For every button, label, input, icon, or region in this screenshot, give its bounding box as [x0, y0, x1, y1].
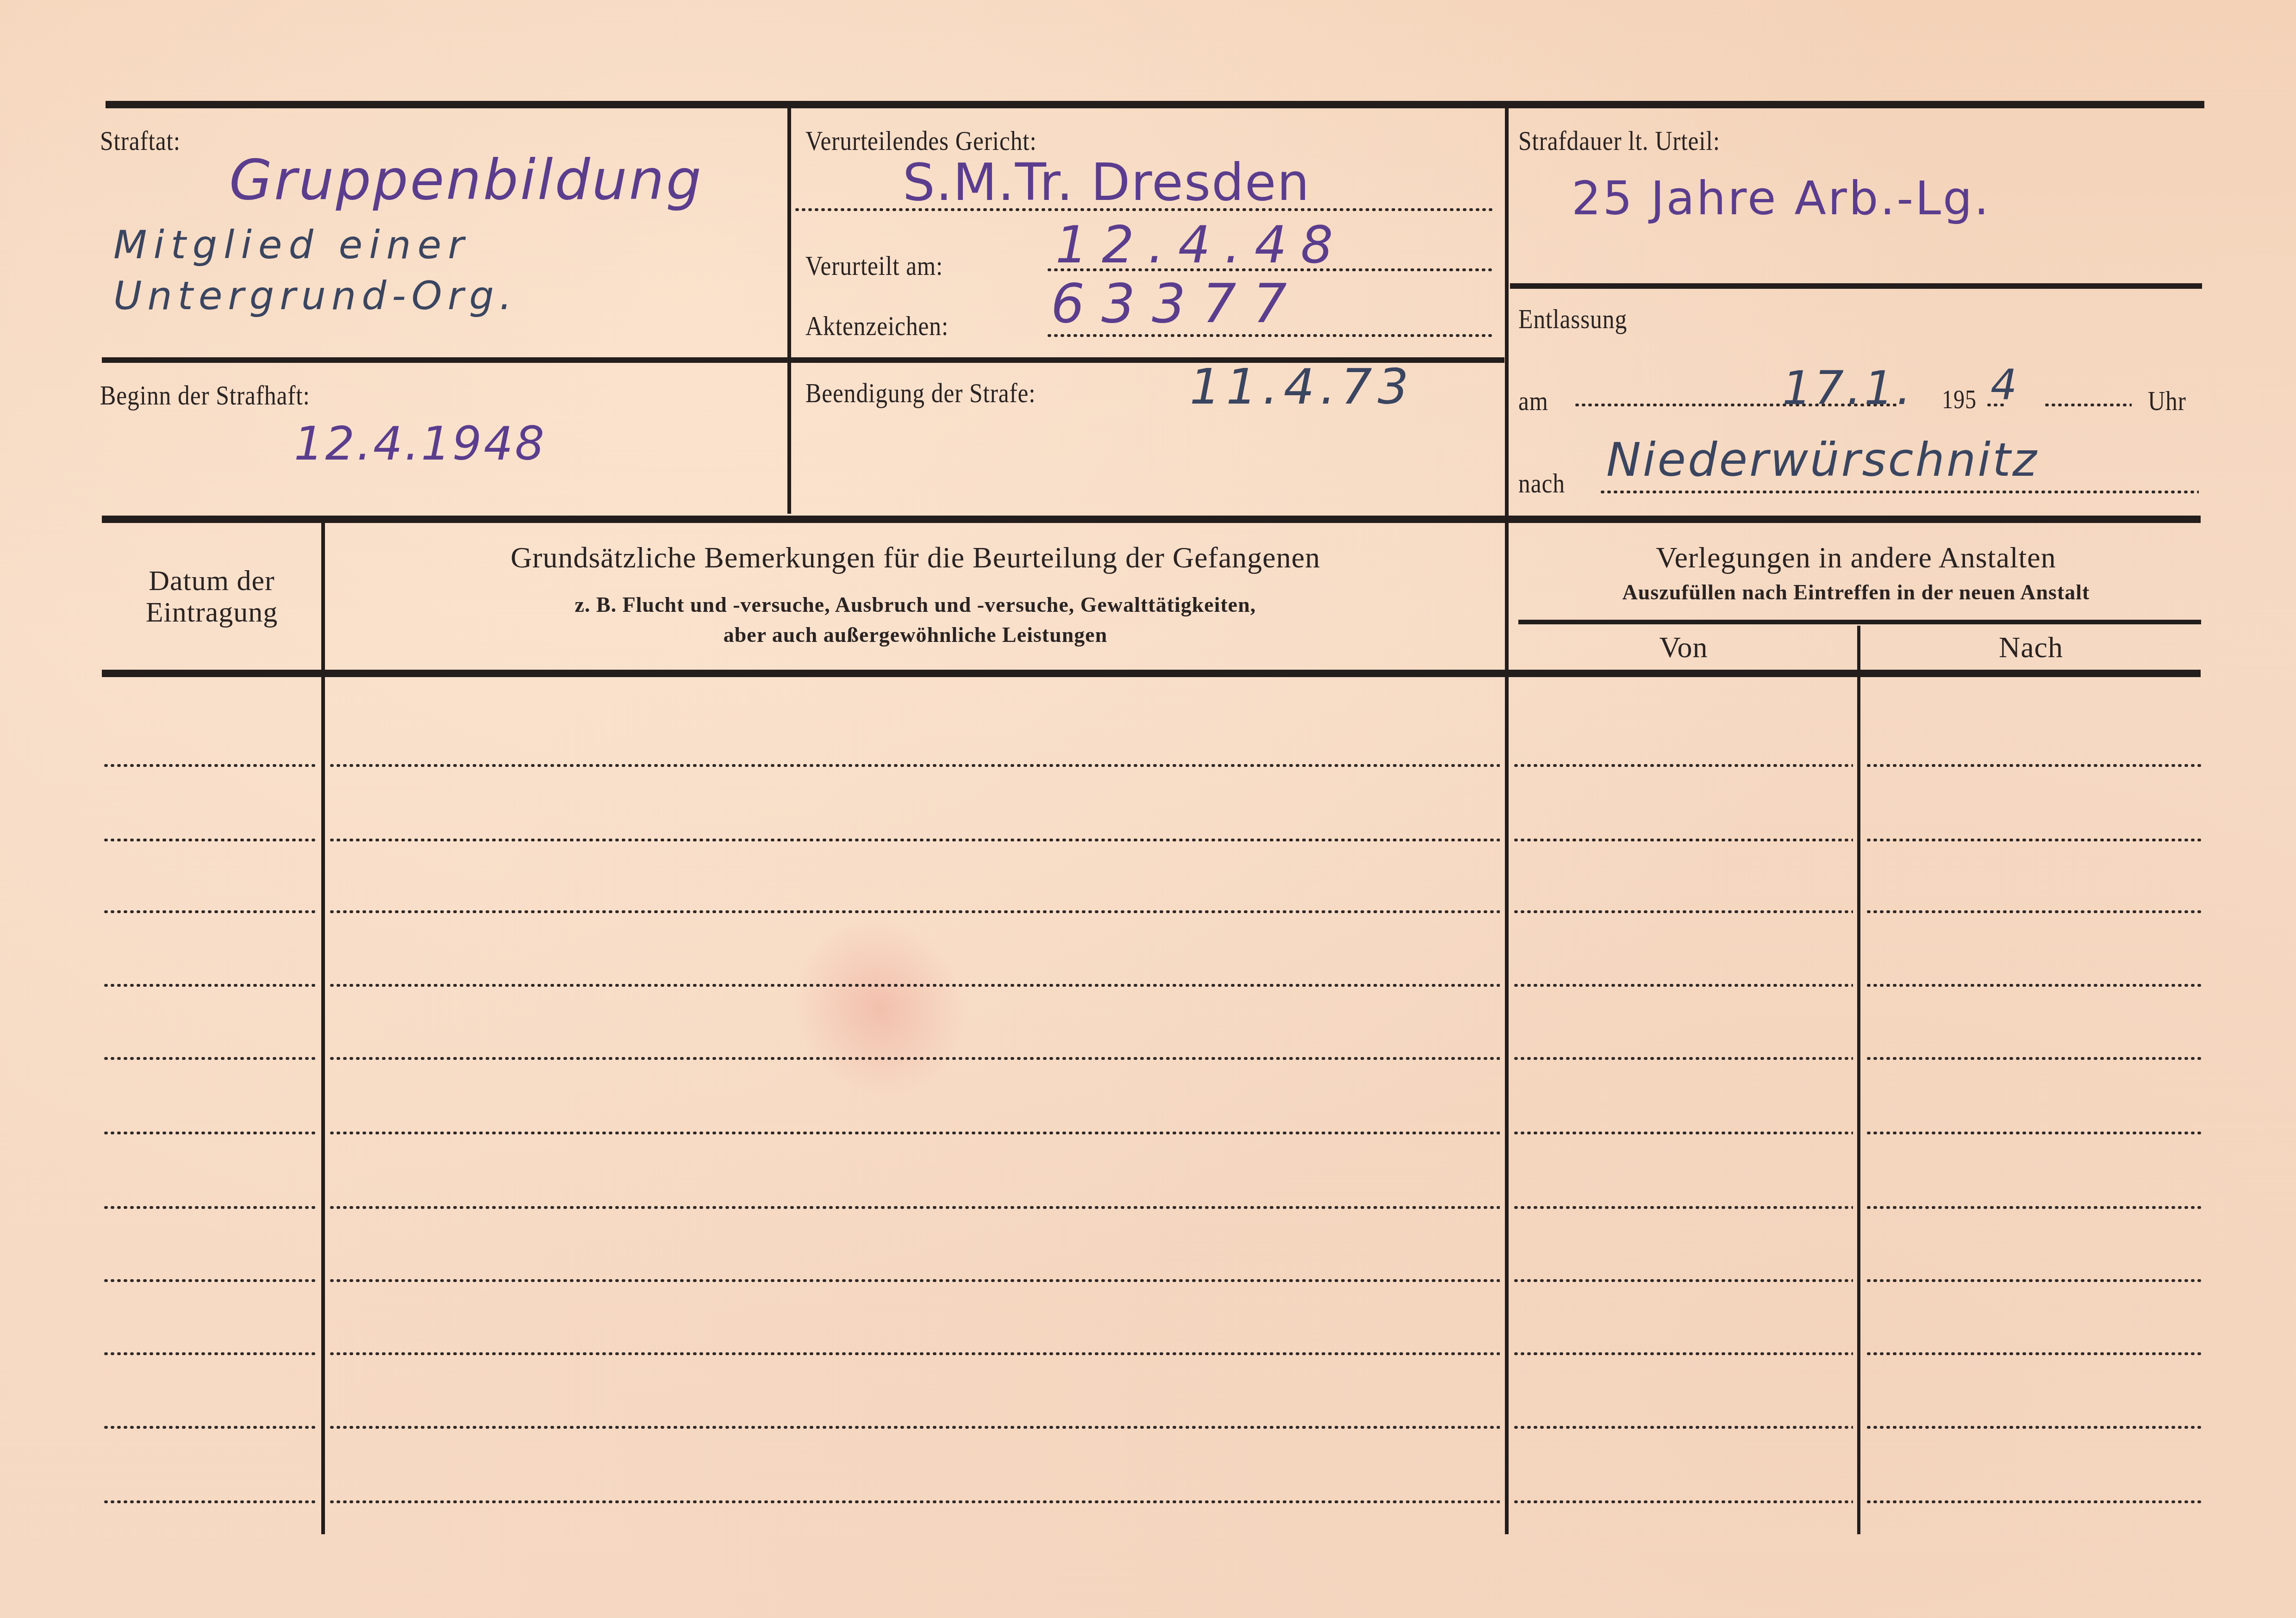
bemerkung-cell-dotted-line[interactable]: [329, 910, 1500, 913]
datum-cell-dotted-line[interactable]: [103, 1057, 317, 1060]
gericht-dotted-line: [794, 208, 1493, 211]
nach-cell-dotted-line[interactable]: [1865, 1057, 2203, 1060]
von-cell-dotted-line[interactable]: [1513, 984, 1853, 987]
datum-cell-dotted-line[interactable]: [103, 764, 317, 767]
aktenzeichen-label: Aktenzeichen:: [805, 310, 948, 342]
bemerkung-cell-dotted-line[interactable]: [329, 1057, 1500, 1060]
aktenzeichen-dotted-line: [1046, 334, 1493, 337]
nach-cell-dotted-line[interactable]: [1865, 1206, 2203, 1209]
datum-cell-dotted-line[interactable]: [103, 910, 317, 913]
bemerkung-cell-dotted-line[interactable]: [329, 839, 1500, 841]
beginn-label: Beginn der Strafhaft:: [100, 380, 310, 411]
gericht-value: S.M.Tr. Dresden: [903, 153, 1310, 212]
entlassung-time-dotted-line: [2044, 404, 2132, 406]
divider-left-middle: [787, 105, 791, 514]
bemerkung-cell-dotted-line[interactable]: [329, 1500, 1500, 1503]
datum-cell-dotted-line[interactable]: [103, 1279, 317, 1282]
col-header-von: Von: [1510, 630, 1857, 665]
nach-cell-dotted-line[interactable]: [1865, 984, 2203, 987]
datum-cell-dotted-line[interactable]: [103, 1206, 317, 1209]
von-cell-dotted-line[interactable]: [1513, 910, 1853, 913]
verurteilt-label: Verurteilt am:: [805, 250, 943, 282]
bemerkung-cell-dotted-line[interactable]: [329, 1352, 1500, 1355]
top-border-rule: [106, 101, 2204, 108]
von-nach-top-rule: [1518, 620, 2201, 624]
strafdauer-value: 25 Jahre Arb.-Lg.: [1572, 171, 1990, 225]
bemerkung-cell-dotted-line[interactable]: [329, 1132, 1500, 1134]
bemerkung-cell-dotted-line[interactable]: [329, 984, 1500, 987]
von-cell-dotted-line[interactable]: [1513, 1206, 1853, 1209]
bemerkung-cell-dotted-line[interactable]: [329, 1279, 1500, 1282]
col-header-bemerkungen-sub2: aber auch außergewöhnliche Leistungen: [326, 622, 1504, 647]
entlassung-date-value: 17.1.: [1782, 361, 1914, 415]
datum-cell-dotted-line[interactable]: [103, 839, 317, 841]
nach-cell-dotted-line[interactable]: [1865, 1132, 2203, 1134]
nach-cell-dotted-line[interactable]: [1865, 839, 2203, 841]
straftat-label: Straftat:: [100, 125, 181, 157]
von-cell-dotted-line[interactable]: [1513, 764, 1853, 767]
rule-mid-right: [1510, 283, 2202, 289]
straftat-detail-line2: Untergrund-Org.: [113, 273, 518, 318]
von-cell-dotted-line[interactable]: [1513, 1132, 1853, 1134]
entlassung-am-label: am: [1518, 385, 1548, 417]
divider-middle-right: [1505, 105, 1509, 518]
nach-cell-dotted-line[interactable]: [1865, 1426, 2203, 1429]
entlassung-uhr-label: Uhr: [2148, 385, 2186, 417]
gericht-label: Verurteilendes Gericht:: [805, 125, 1037, 157]
strafdauer-label: Strafdauer lt. Urteil:: [1518, 125, 1720, 157]
straftat-detail-line1: Mitglied einer: [113, 222, 470, 268]
bemerkung-cell-dotted-line[interactable]: [329, 764, 1500, 767]
rule-table-header-bottom: [102, 670, 2201, 677]
aktenzeichen-value: 63377: [1051, 273, 1304, 335]
entlassung-nach-label: nach: [1518, 467, 1565, 499]
col-header-verlegungen-title: Verlegungen in andere Anstalten: [1510, 541, 2202, 575]
entlassung-year-suffix: 4: [1990, 361, 2020, 410]
col-divider-von-nach: [1857, 626, 1860, 1534]
verurteilt-value: 12.4.48: [1055, 215, 1347, 274]
bemerkung-cell-dotted-line[interactable]: [329, 1426, 1500, 1429]
nach-cell-dotted-line[interactable]: [1865, 1352, 2203, 1355]
col-header-datum-line1: Datum der: [102, 565, 322, 597]
straftat-value: Gruppenbildung: [229, 148, 703, 212]
entlassung-nach-value: Niederwürschnitz: [1606, 433, 2039, 487]
von-cell-dotted-line[interactable]: [1513, 1057, 1853, 1060]
entlassung-year-dotted-line: [1986, 404, 2004, 406]
col-header-datum-line2: Eintragung: [102, 596, 322, 629]
entlassung-year-prefix: 195: [1942, 385, 1977, 415]
von-cell-dotted-line[interactable]: [1513, 1352, 1853, 1355]
von-cell-dotted-line[interactable]: [1513, 839, 1853, 841]
col-header-bemerkungen-sub1: z. B. Flucht und -versuche, Ausbruch und…: [326, 592, 1504, 617]
datum-cell-dotted-line[interactable]: [103, 984, 317, 987]
datum-cell-dotted-line[interactable]: [103, 1132, 317, 1134]
beendigung-value: 11.4.73: [1190, 359, 1414, 415]
verurteilt-dotted-line: [1046, 268, 1493, 271]
beginn-value: 12.4.1948: [294, 417, 546, 471]
col-header-nach: Nach: [1861, 630, 2201, 665]
nach-cell-dotted-line[interactable]: [1865, 1279, 2203, 1282]
beendigung-label: Beendigung der Strafe:: [805, 377, 1036, 409]
rule-table-top: [102, 516, 2201, 523]
nach-cell-dotted-line[interactable]: [1865, 1500, 2203, 1503]
col-header-bemerkungen-title: Grundsätzliche Bemerkungen für die Beurt…: [326, 541, 1504, 575]
col-header-verlegungen-sub: Auszufüllen nach Eintreffen in der neuen…: [1510, 580, 2202, 604]
nach-cell-dotted-line[interactable]: [1865, 910, 2203, 913]
entlassung-nach-dotted-line: [1599, 491, 2199, 493]
von-cell-dotted-line[interactable]: [1513, 1500, 1853, 1503]
von-cell-dotted-line[interactable]: [1513, 1426, 1853, 1429]
datum-cell-dotted-line[interactable]: [103, 1500, 317, 1503]
entlassung-label: Entlassung: [1518, 303, 1627, 335]
datum-cell-dotted-line[interactable]: [103, 1426, 317, 1429]
bemerkung-cell-dotted-line[interactable]: [329, 1206, 1500, 1209]
nach-cell-dotted-line[interactable]: [1865, 764, 2203, 767]
von-cell-dotted-line[interactable]: [1513, 1279, 1853, 1282]
datum-cell-dotted-line[interactable]: [103, 1352, 317, 1355]
